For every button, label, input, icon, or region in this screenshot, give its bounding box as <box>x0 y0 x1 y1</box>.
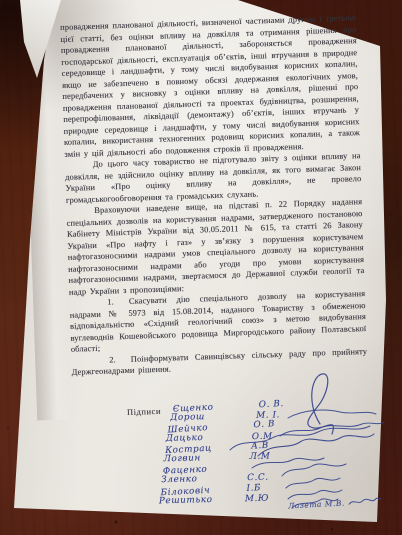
item-number: 2. <box>109 355 116 364</box>
document-photo: провадження планованої діяльності, визна… <box>0 0 402 535</box>
bottom-note-text: Лазета М.В. <box>288 498 345 510</box>
numbered-item: 1.Скасувати дію спеціального дозволу на … <box>69 288 367 355</box>
typed-paragraph: Враховуючи наведене вище, на підставі п.… <box>66 196 365 298</box>
signature-flourish-icon <box>347 495 382 509</box>
signature-flourish-cluster-icon <box>228 372 388 512</box>
typed-paragraph: провадження планованої діяльності, визна… <box>60 12 360 160</box>
signatures-label: Підписи <box>127 405 173 418</box>
item-number: 1. <box>107 297 114 306</box>
